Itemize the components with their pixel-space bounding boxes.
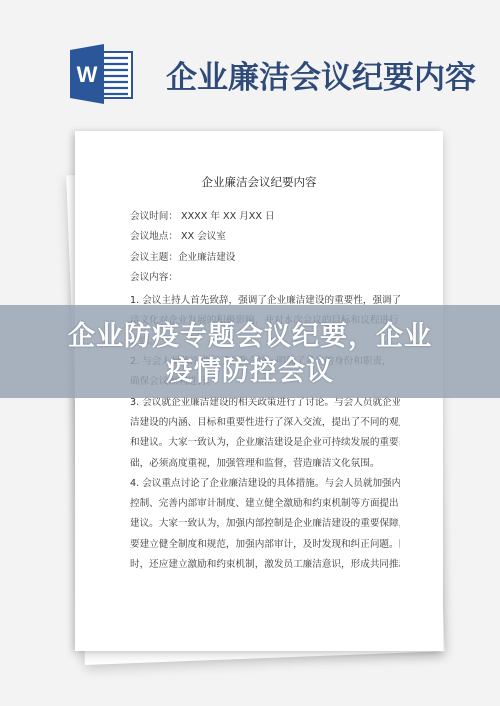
body-line: 4. 会议重点讨论了企业廉洁建设的具体措施。与会人员就加强内部 xyxy=(130,474,400,494)
meeting-topic-line: 会议主题：企业廉洁建设 xyxy=(130,248,400,268)
banner-title-line-2: 疫情防控会议 xyxy=(0,354,500,389)
meeting-time-line: 会议时间： XXXX 年 XX 月XX 日 xyxy=(130,207,400,227)
meeting-location-line: 会议地点： XX 会议室 xyxy=(130,227,400,247)
body-line: 要建立健全制度和规范，加强内部审计，及时发现和纠正问题。同 xyxy=(130,535,400,555)
body-line: 洁建设的内涵、目标和重要性进行了深入交流，提出了不同的观点 xyxy=(130,413,400,433)
body-line: 时，还应建立激励和约束机制，激发员工廉洁意识，形成共同推动 xyxy=(130,555,400,575)
svg-text:W: W xyxy=(77,62,98,87)
body-line: 建议。大家一致认为，加强内部控制是企业廉洁建设的重要保障， xyxy=(130,514,400,534)
word-icon: W xyxy=(70,44,134,104)
meeting-content-label: 会议内容： xyxy=(130,268,400,288)
title-banner: 企业防疫专题会议纪要，企业 疫情防控会议 xyxy=(0,305,500,398)
body-line: 础，必须高度重视，加强管理和监督，营造廉洁文化氛围。 xyxy=(130,454,400,474)
header: W 企业廉洁会议纪要内容 xyxy=(0,0,500,130)
document-title: 企业廉洁会议纪要内容 xyxy=(75,174,443,190)
banner-title-line-1: 企业防疫专题会议纪要，企业 xyxy=(0,319,500,354)
body-line: 控制、完善内部审计制度、建立健全激励和约束机制等方面提出了 xyxy=(130,494,400,514)
body-line: 和建议。大家一致认为，企业廉洁建设是企业可持续发展的重要基 xyxy=(130,433,400,453)
banner-title: 企业防疫专题会议纪要，企业 疫情防控会议 xyxy=(0,319,500,389)
header-title: 企业廉洁会议纪要内容 xyxy=(166,52,476,97)
